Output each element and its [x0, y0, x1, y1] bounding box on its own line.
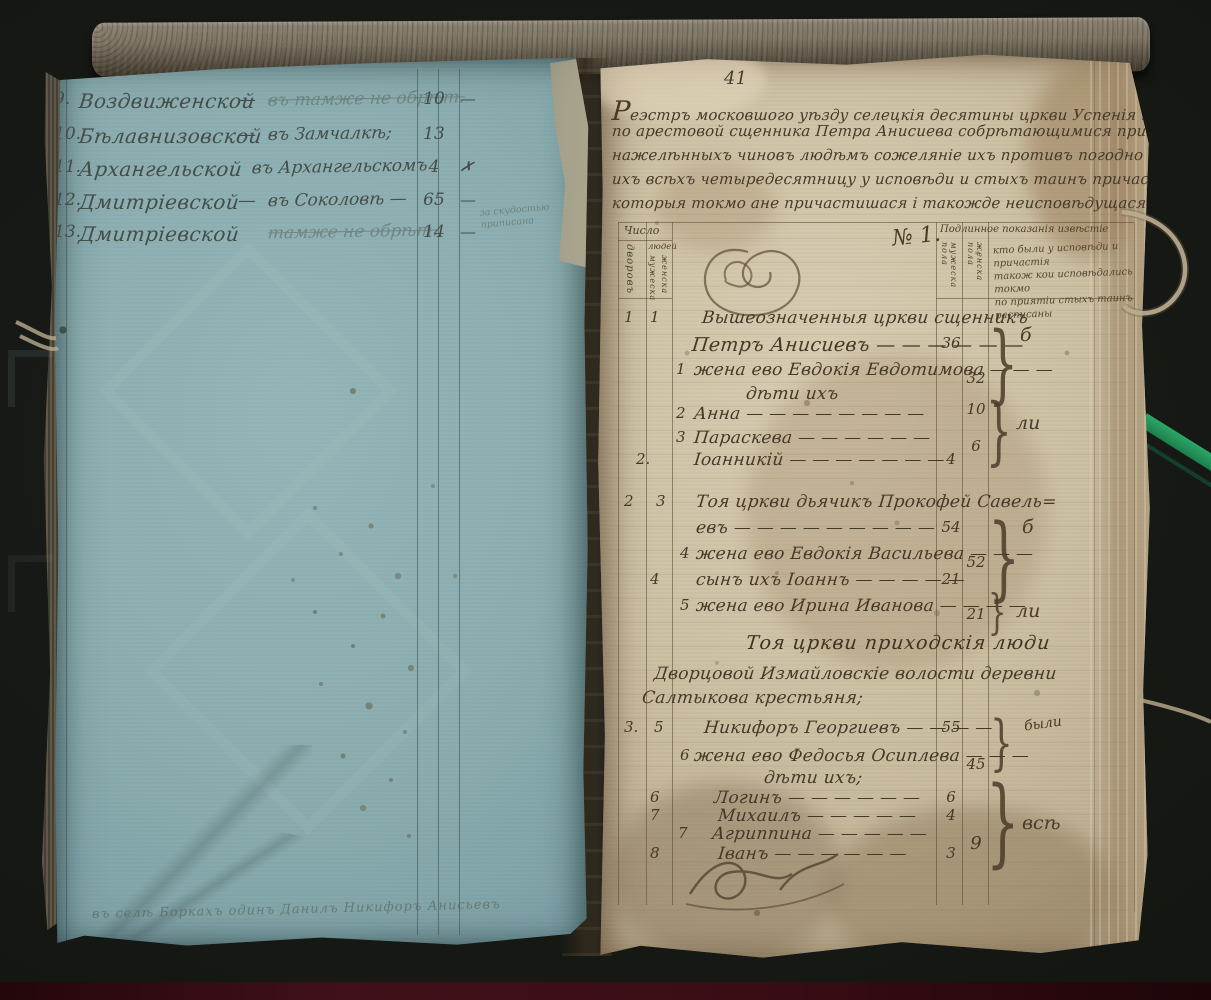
archival-scan-scene: 9. Воздвиженской — въ тамже не обрѣт. 10… [0, 0, 1211, 1000]
binding-cords [0, 0, 1211, 1000]
